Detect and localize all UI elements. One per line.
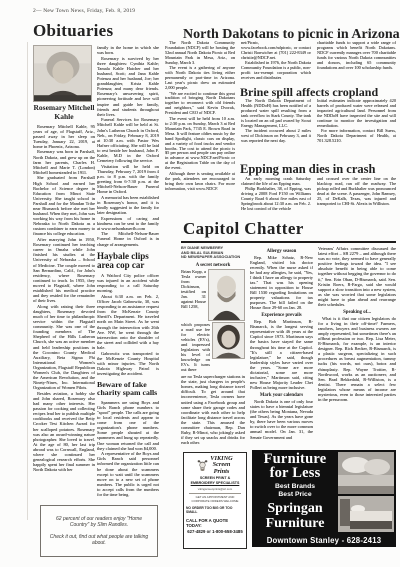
- bedding-photo-icon: [338, 452, 394, 494]
- springan-furniture-ad: Furniture for Less Best Brands Best Pric…: [252, 450, 396, 547]
- capitol-paragraph: Veterans' Affairs committee discussed th…: [318, 246, 396, 307]
- epping-paragraph: and crossed over the center line on the …: [317, 177, 396, 207]
- viking-ad-slogan: NO ORDER TOO BIG OR TOO SMALL: [186, 506, 244, 514]
- portrait-woman-icon: [34, 46, 91, 101]
- left-column-2: family in the home in which she was born…: [97, 45, 159, 507]
- spam-paragraph: Spammers are using Boys and Girls Ranch …: [97, 400, 159, 451]
- viking-mascot-icon: [197, 458, 208, 472]
- capitol-paragraph: Rep. Mike Schatz, R-New England, visited…: [250, 255, 313, 311]
- viking-screen-prints-ad: VIKING Screen Prints SCREEN PRINT & EMBR…: [183, 452, 247, 549]
- furniture-ad-brand: Springan: [252, 502, 338, 516]
- capitol-subhead-experience-prevails: Experience prevails: [250, 313, 313, 318]
- picnic-paragraph: The event will be held from 10 a.m. to 2…: [165, 117, 235, 171]
- picnic-paragraph: The North Dakota Community Foundation (N…: [165, 41, 235, 66]
- picnic-column-1: The North Dakota Community Foundation (N…: [165, 41, 235, 219]
- furniture-ad-brand: Furniture: [252, 517, 338, 531]
- capitol-paragraph: Brian Kopp, a Tesla owner from Dickinson…: [181, 269, 206, 310]
- page-fold-line: [27, 42, 28, 520]
- capitol-paragraph: North Dakota is one of only four states …: [250, 399, 313, 440]
- obituary-paragraph: Along with raising their three daughters…: [33, 304, 95, 391]
- capitol-subhead-mark-your-calendars: Mark your calendars: [250, 393, 313, 398]
- haybale-paragraph: About 6:30 a.m. on Feb. 2, Officer Jacob…: [97, 294, 159, 350]
- brine-paragraph: Initial estimates indicate approximately…: [317, 99, 396, 129]
- bed-photo-icon: [338, 496, 394, 532]
- capitol-subhead-allergy-season: Allergy season: [250, 249, 313, 254]
- obituary-name: Rosemary Mitchell Kahle: [33, 104, 95, 121]
- capitol-column-2: Allergy season Rep. Mike Schatz, R-New E…: [250, 246, 313, 454]
- furniture-ad-subline: Best Price: [252, 491, 338, 499]
- capitol-paragraph: which proposes a road use fee for electr…: [181, 322, 210, 373]
- furniture-ad-footer: Downtown Stanley - 628-2413: [252, 536, 396, 545]
- spam-paragraph: A representative of the Boys and Girls R…: [97, 451, 159, 497]
- obituary-paragraph: A memorial has been established in Rosem…: [97, 195, 159, 215]
- capitol-photo-man: [208, 269, 245, 321]
- viking-ad-cta: CALL FOR A QUOTE TODAY:: [186, 518, 244, 528]
- haybale-article-title: Haybale clips area cop car: [97, 252, 159, 271]
- picnic-paragraph: "We are excited to continue this great t…: [165, 92, 235, 117]
- furniture-photo-top: [338, 452, 394, 494]
- picnic-paragraph: Although there is seating available at t…: [165, 172, 235, 192]
- furniture-ad-subline: Best Brands: [252, 483, 338, 491]
- page-header: 2— New Town News, Friday, Feb. 8, 2019: [33, 8, 135, 14]
- newspaper-page: 2— New Town News, Friday, Feb. 8, 2019 O…: [0, 0, 400, 567]
- portrait-man-icon: [209, 270, 244, 320]
- brine-column-1: The North Dakota Department of Health (N…: [241, 99, 311, 161]
- capitol-chatter-title: Capitol Chatter: [183, 219, 304, 239]
- capitol-photo-row: Brian Kopp, a Tesla owner from Dickinson…: [181, 269, 245, 321]
- viking-logo: VIKING Screen Prints: [197, 456, 232, 475]
- picnic-paragraph: Established in 1976, the North Dakota Co…: [241, 61, 311, 81]
- capitol-paragraph: What is it that our citizen legislators …: [318, 316, 396, 403]
- capitol-photo-woman: [212, 322, 245, 359]
- spam-article-title: Beware of fake charity spam calls: [97, 381, 159, 398]
- epping-column-2: and crossed over the center line on the …: [317, 177, 396, 226]
- obituary-paragraph: Funeral Services for Rosemary Mitchell K…: [97, 117, 159, 163]
- obituary-portrait-photo: [33, 45, 92, 102]
- obituary-paragraph: Rosemary is survived by her three daught…: [97, 56, 159, 117]
- house-ad-home-country: 62 percent of our readers enjoy "Home Co…: [40, 505, 158, 557]
- brine-article-title: Brine spill affects cropland: [240, 85, 378, 100]
- capitol-subhead-speaking-of: Speaking of...: [318, 310, 396, 315]
- obituary-column-1: Rosemary Mitchell Kahle Rosemary Mitchel…: [33, 45, 95, 525]
- capitol-photo-row: which proposes a road use fee for electr…: [181, 322, 245, 373]
- picnic-paragraph: net/Picnic, www.facebook.com/ndpicnic, o…: [241, 41, 311, 61]
- obituary-paragraph: Rosemary Mitchell Kahle, 95 years of age…: [33, 124, 95, 149]
- obituary-paragraph: Rosemary was born in Parshall, North Dak…: [33, 149, 95, 174]
- picnic-paragraph: The event is a gathering of anyone with …: [165, 66, 235, 91]
- obituary-paragraph: Visitation will be held on Thursday, Feb…: [97, 164, 159, 195]
- furniture-ad-headline: for Less: [252, 467, 338, 480]
- picnic-column-3: charitable funds to support a wide range…: [317, 41, 396, 86]
- brine-paragraph: For more information, contact Bill Suess…: [317, 129, 396, 144]
- obituary-paragraph: Expressions of caring and kindness can b…: [97, 216, 159, 231]
- epping-paragraph: An early morning crash Saturday claimed …: [241, 177, 311, 187]
- viking-ad-name: Prints: [210, 469, 232, 475]
- picnic-paragraph: charitable funds to support a wide range…: [317, 41, 396, 71]
- viking-ad-note: CORPORATE ORDERS WELCOME: [191, 500, 238, 504]
- brine-column-2: Initial estimates indicate approximately…: [317, 99, 396, 161]
- brine-paragraph: The North Dakota Department of Health (N…: [241, 99, 311, 129]
- divider: [189, 493, 240, 494]
- picnic-column-2: net/Picnic, www.facebook.com/ndpicnic, o…: [241, 41, 311, 86]
- obituary-paragraph: The Mitchell-Nelson-Bauer Funeral Home i…: [97, 231, 159, 246]
- portrait-woman-icon: [213, 323, 244, 358]
- haybale-paragraph: Gabrowitz was transported to the McKenzi…: [97, 351, 159, 376]
- capitol-subhead-secret-network: A secret network: [181, 263, 245, 268]
- capitol-paragraph: Rep. Bob Martinson, R-Bismarck, is the l…: [250, 319, 313, 390]
- epping-article-title: Epping man dies in crash: [240, 162, 375, 177]
- capitol-column-3: Veterans' Affairs committee discussed th…: [318, 246, 396, 454]
- haybale-paragraph: A Watford City police officer was injure…: [97, 273, 159, 293]
- obituary-paragraph: family in the home in which she was born…: [97, 45, 159, 55]
- brine-paragraph: The incident occurred about 2 miles west…: [241, 129, 311, 144]
- house-ad-line: 62 percent of our readers enjoy "Home Co…: [46, 516, 152, 528]
- capitol-column-1: BY DIANE NEWBERRY AND BILAL SULEIMAN ND …: [181, 246, 245, 456]
- obituary-paragraph: She graduated from Parshall High School …: [33, 175, 95, 236]
- capitol-paragraph: are no Tesla supercharger stations in th…: [181, 374, 245, 445]
- capitol-chatter-rule: [181, 241, 396, 243]
- viking-ad-specialty: SCREEN PRINT &: [200, 476, 230, 480]
- obituary-paragraph: After marrying John in 1950, Rosemary co…: [33, 237, 95, 303]
- capitol-byline-org: ND NEWSPAPER ASSOCIATION: [181, 255, 245, 260]
- obituary-paragraph: Besides aviation, a hobby she and John s…: [33, 391, 95, 473]
- epping-paragraph: Philip Burkhalter, 38, of Epping, was dr…: [241, 187, 311, 212]
- viking-ad-contact: vikingscreenprints@srt.com: [198, 487, 232, 491]
- viking-ad-specialty: EMBROIDERY SPECIALISTS: [191, 481, 240, 485]
- obituaries-section-title: Obituaries: [33, 21, 113, 41]
- house-ad-line: Check it out, find out what people are t…: [46, 534, 152, 546]
- viking-ad-phone: 627-4829 or 1-800-658-3485: [187, 529, 242, 534]
- furniture-photo-bottom: [338, 496, 394, 532]
